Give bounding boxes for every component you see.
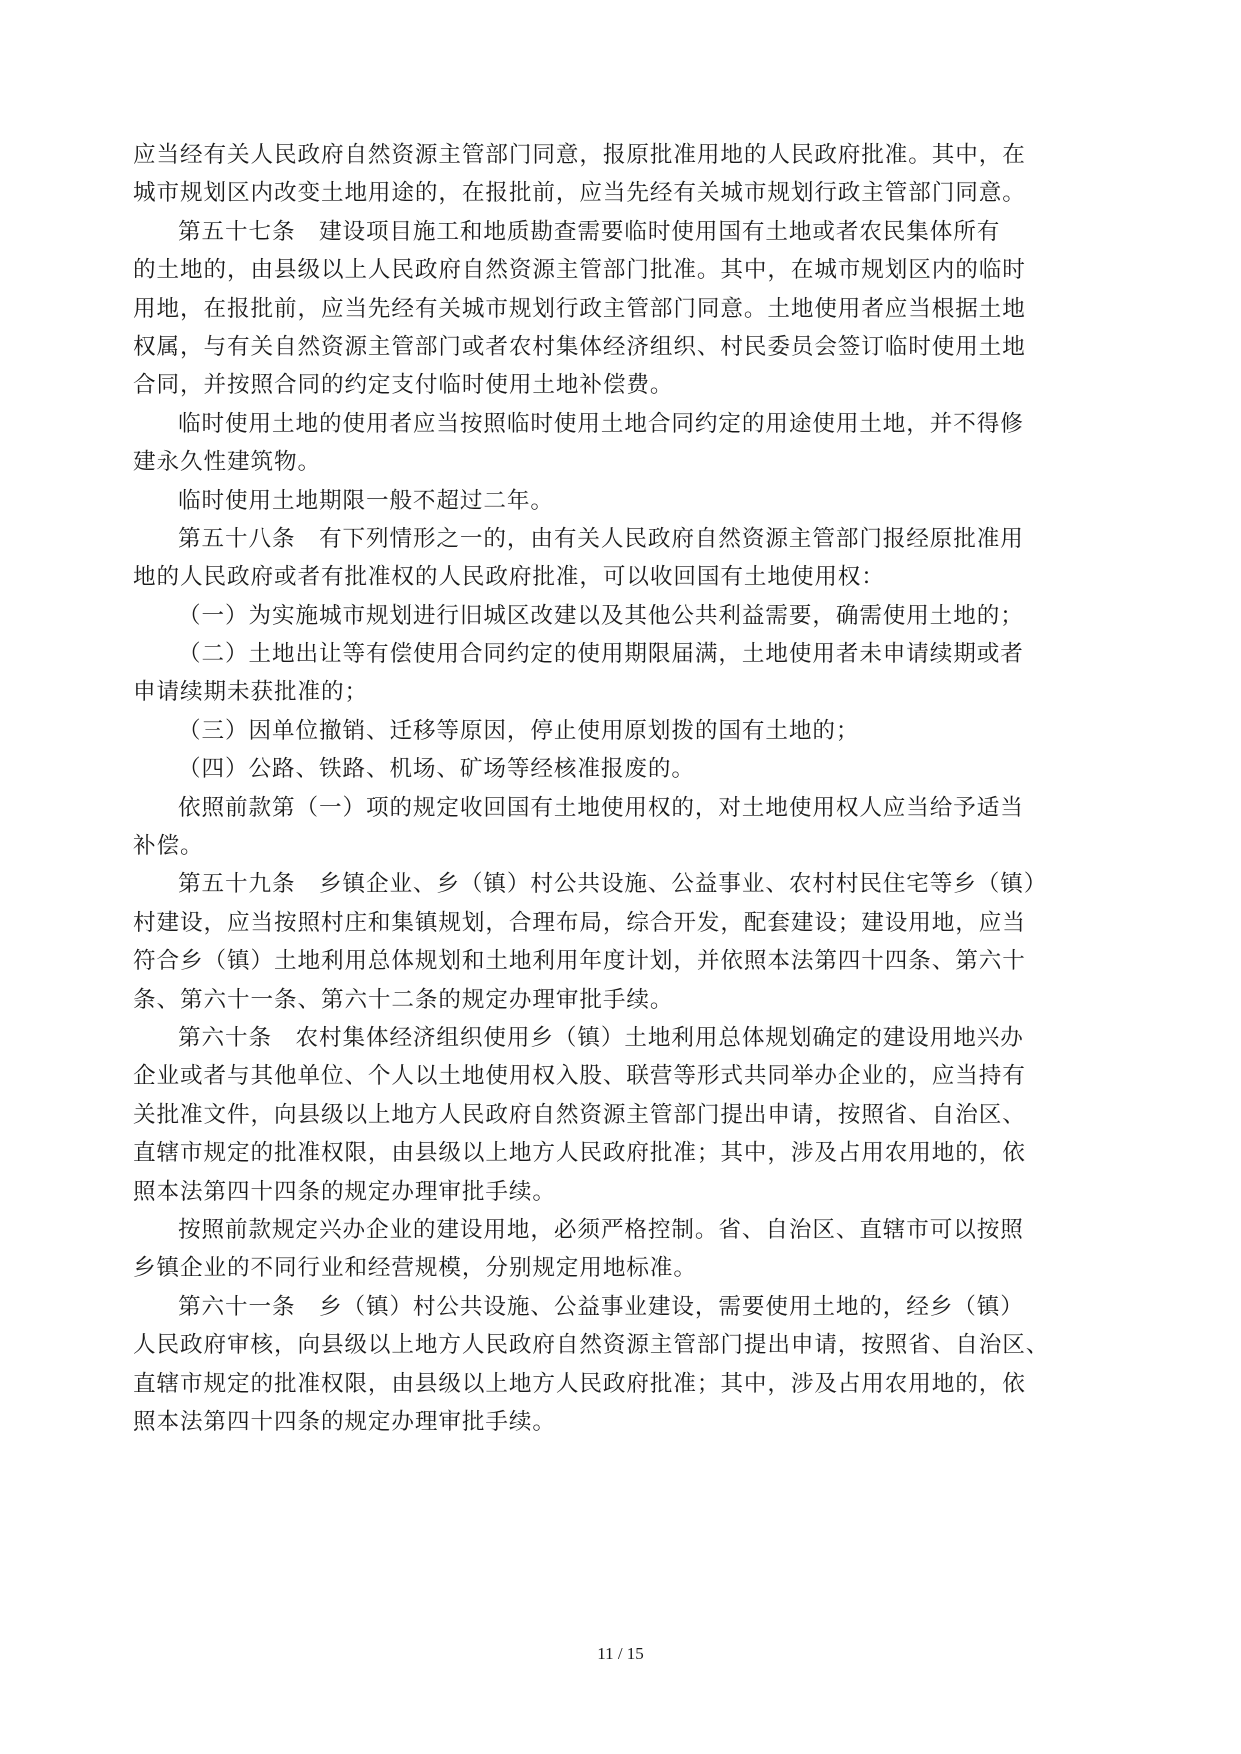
article-61-heading-line: 第六十一条 乡（镇）村公共设施、公益事业建设，需要使用土地的，经乡（镇） bbox=[133, 1288, 1093, 1326]
list-item-3: （三）因单位撤销、迁移等原因，停止使用原划拨的国有土地的； bbox=[133, 712, 1093, 750]
text-line: 直辖市规定的批准权限，由县级以上地方人民政府批准；其中，涉及占用农用地的，依 bbox=[133, 1134, 1093, 1172]
text-line: 权属，与有关自然资源主管部门或者农村集体经济组织、村民委员会签订临时使用土地 bbox=[133, 328, 1093, 366]
text-line: 地的人民政府或者有批准权的人民政府批准，可以收回国有土地使用权： bbox=[133, 558, 1093, 596]
list-item-4: （四）公路、铁路、机场、矿场等经核准报废的。 bbox=[133, 750, 1093, 788]
text-line: 直辖市规定的批准权限，由县级以上地方人民政府批准；其中，涉及占用农用地的，依 bbox=[133, 1365, 1093, 1403]
paragraph-start-line: 按照前款规定兴办企业的建设用地，必须严格控制。省、自治区、直辖市可以按照 bbox=[133, 1211, 1093, 1249]
text-line: 用地，在报批前，应当先经有关城市规划行政主管部门同意。土地使用者应当根据土地 bbox=[133, 290, 1093, 328]
paragraph-start-line: 临时使用土地的使用者应当按照临时使用土地合同约定的用途使用土地，并不得修 bbox=[133, 405, 1093, 443]
text-line: 合同，并按照合同的约定支付临时使用土地补偿费。 bbox=[133, 366, 1093, 404]
text-line: 人民政府审核，向县级以上地方人民政府自然资源主管部门提出申请，按照省、自治区、 bbox=[133, 1326, 1093, 1364]
text-line: 城市规划区内改变土地用途的，在报批前，应当先经有关城市规划行政主管部门同意。 bbox=[133, 174, 1093, 212]
paragraph-start-line: 临时使用土地期限一般不超过二年。 bbox=[133, 482, 1093, 520]
list-item-1: （一）为实施城市规划进行旧城区改建以及其他公共利益需要，确需使用土地的； bbox=[133, 597, 1093, 635]
text-line: 乡镇企业的不同行业和经营规模，分别规定用地标准。 bbox=[133, 1249, 1093, 1287]
text-line: 村建设，应当按照村庄和集镇规划，合理布局，综合开发，配套建设；建设用地，应当 bbox=[133, 904, 1093, 942]
text-line: 应当经有关人民政府自然资源主管部门同意，报原批准用地的人民政府批准。其中，在 bbox=[133, 136, 1093, 174]
list-item-2: （二）土地出让等有偿使用合同约定的使用期限届满，土地使用者未申请续期或者 bbox=[133, 635, 1093, 673]
article-57-heading-line: 第五十七条 建设项目施工和地质勘查需要临时使用国有土地或者农民集体所有 bbox=[133, 213, 1093, 251]
text-line: 条、第六十一条、第六十二条的规定办理审批手续。 bbox=[133, 981, 1093, 1019]
article-59-heading-line: 第五十九条 乡镇企业、乡（镇）村公共设施、公益事业、农村村民住宅等乡（镇） bbox=[133, 865, 1093, 903]
article-58-heading-line: 第五十八条 有下列情形之一的，由有关人民政府自然资源主管部门报经原批准用 bbox=[133, 520, 1093, 558]
document-body: 应当经有关人民政府自然资源主管部门同意，报原批准用地的人民政府批准。其中，在 城… bbox=[133, 136, 1093, 1441]
text-line: 建永久性建筑物。 bbox=[133, 443, 1093, 481]
text-line: 关批准文件，向县级以上地方人民政府自然资源主管部门提出申请，按照省、自治区、 bbox=[133, 1096, 1093, 1134]
text-line: 补偿。 bbox=[133, 827, 1093, 865]
paragraph-start-line: 依照前款第（一）项的规定收回国有土地使用权的，对土地使用权人应当给予适当 bbox=[133, 789, 1093, 827]
text-line: 符合乡（镇）土地利用总体规划和土地利用年度计划，并依照本法第四十四条、第六十 bbox=[133, 942, 1093, 980]
text-line: 照本法第四十四条的规定办理审批手续。 bbox=[133, 1403, 1093, 1441]
text-line: 企业或者与其他单位、个人以土地使用权入股、联营等形式共同举办企业的，应当持有 bbox=[133, 1057, 1093, 1095]
text-line: 的土地的，由县级以上人民政府自然资源主管部门批准。其中，在城市规划区内的临时 bbox=[133, 251, 1093, 289]
text-line: 申请续期未获批准的； bbox=[133, 673, 1093, 711]
page-number: 11 / 15 bbox=[0, 1644, 1241, 1664]
text-line: 照本法第四十四条的规定办理审批手续。 bbox=[133, 1173, 1093, 1211]
article-60-heading-line: 第六十条 农村集体经济组织使用乡（镇）土地利用总体规划确定的建设用地兴办 bbox=[133, 1019, 1093, 1057]
